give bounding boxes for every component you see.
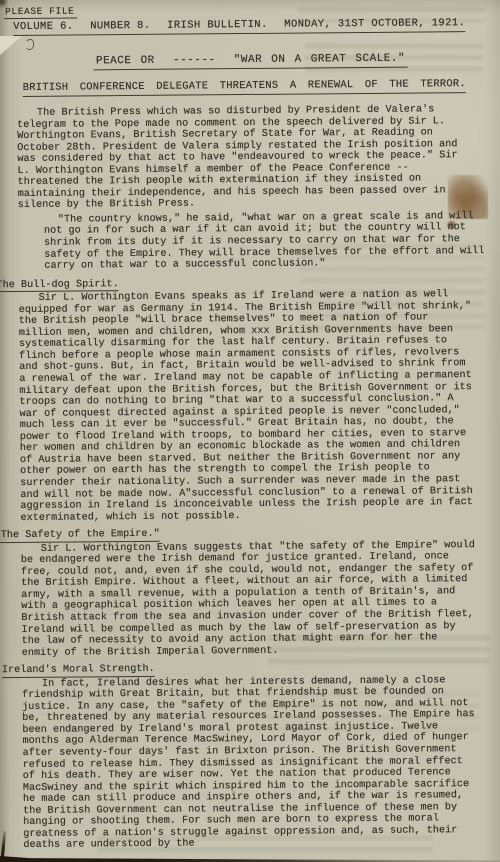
scan-edge-bottom xyxy=(0,856,500,862)
paragraph: In fact, Ireland desires what her intere… xyxy=(22,675,481,852)
number-label: NUMBER 8. xyxy=(90,20,150,33)
section-heading: Ireland's Moral Strength. xyxy=(2,664,155,678)
subheadline: BRITISH CONFERENCE DELEGATE THREATENS A … xyxy=(23,78,466,97)
volume-label: VOLUME 6. xyxy=(13,21,73,34)
quoted-paragraph: "The country knows," he said, "what war … xyxy=(44,211,490,273)
page-content: PLEASE FILE VOLUME 6. NUMBER 8. IRISH BU… xyxy=(0,0,500,855)
paragraph: Sir L. Worthington Evans suggests that "… xyxy=(21,540,480,659)
scanned-document-page: PLEASE FILE VOLUME 6. NUMBER 8. IRISH BU… xyxy=(0,0,500,862)
bulletin-title: IRISH BULLETIN. xyxy=(167,19,268,32)
paragraph: Sir L. Worthington Evans speaks as if Ir… xyxy=(19,289,479,524)
masthead: VOLUME 6. NUMBER 8. IRISH BULLETIN. MOND… xyxy=(13,17,465,36)
scan-edge-scratch xyxy=(1,831,6,859)
article-body: The British Press which was so disturbed… xyxy=(17,104,481,852)
headline: PEACE OR ------ "WAR ON A GREAT SCALE." xyxy=(94,53,407,71)
paragraph: The British Press which was so disturbed… xyxy=(17,104,476,212)
file-note: PLEASE FILE xyxy=(4,5,77,19)
section-heading: "The Safety of the Empire." xyxy=(0,529,160,543)
issue-date: MONDAY, 31ST OCTOBER, 1921. xyxy=(284,17,465,31)
section-heading: The Bull-dog Spirit. xyxy=(0,279,119,293)
